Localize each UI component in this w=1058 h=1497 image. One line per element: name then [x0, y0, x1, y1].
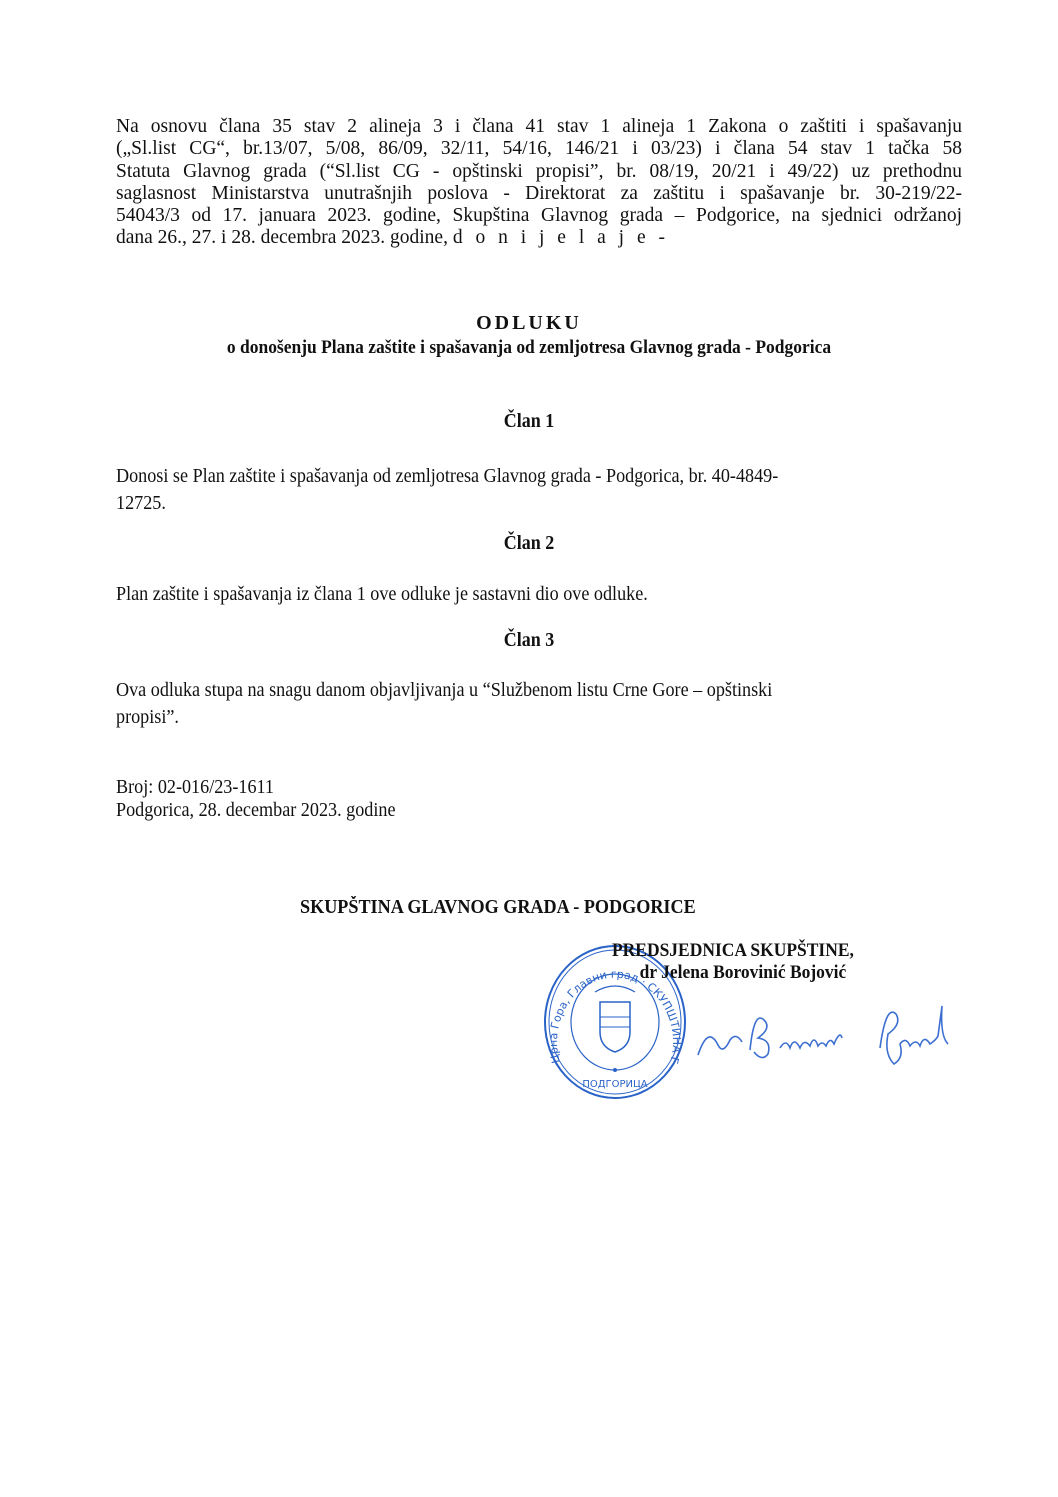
preamble-line: Na osnovu člana 35 stav 2 alineja 3 i čl…	[116, 116, 962, 138]
reference-block: Broj: 02-016/23-1611 Podgorica, 28. dece…	[116, 776, 396, 822]
document-subtitle: o donošenju Plana zaštite i spašavanja o…	[42, 337, 1015, 359]
preamble-text: dana 26., 27. i 28. decembra 2023. godin…	[116, 227, 448, 248]
article-3-heading: Član 3	[53, 629, 1005, 652]
article-3-line: propisi”.	[116, 704, 962, 731]
preamble-line: Statuta Glavnog grada (“Sl.list CG - opš…	[116, 161, 962, 183]
article-1-body: Donosi se Plan zaštite i spašavanja od z…	[116, 463, 962, 517]
preamble-line: („Sl.list CG“, br.13/07, 5/08, 86/09, 32…	[116, 138, 962, 160]
article-3-body: Ova odluka stupa na snagu danom objavlji…	[116, 677, 962, 731]
place-date: Podgorica, 28. decembar 2023. godine	[116, 799, 396, 822]
preamble-line: saglasnost Ministarstva unutrašnjih posl…	[116, 183, 962, 205]
signatory-title: PREDSJEDNICA SKUPŠTINE,	[612, 940, 854, 961]
preamble-line-last: dana 26., 27. i 28. decembra 2023. godin…	[116, 227, 962, 249]
preamble-line: 54043/3 od 17. januara 2023. godine, Sku…	[116, 205, 962, 227]
assembly-name: SKUPŠTINA GLAVNOG GRADA - PODGORICE	[300, 897, 696, 919]
article-1-line: Donosi se Plan zaštite i spašavanja od z…	[116, 463, 962, 490]
article-1-heading: Član 1	[53, 410, 1005, 433]
article-3-line: Ova odluka stupa na snagu danom objavlji…	[116, 677, 962, 704]
article-2-heading: Član 2	[53, 532, 1005, 555]
svg-text:ПОДГОРИЦА: ПОДГОРИЦА	[582, 1079, 647, 1090]
article-2-line: Plan zaštite i spašavanja iz člana 1 ove…	[116, 581, 903, 608]
signatory-name: dr Jelena Borovinić Bojović	[612, 962, 854, 984]
preamble-spaced-verb: d o n i j e l a j e -	[453, 227, 669, 248]
document-title: ODLUKU	[0, 312, 1058, 335]
article-1-line: 12725.	[116, 490, 962, 517]
document-page: Na osnovu člana 35 stav 2 alineja 3 i čl…	[0, 0, 1058, 1497]
handwritten-signature-icon	[690, 1000, 980, 1070]
article-2-body: Plan zaštite i spašavanja iz člana 1 ove…	[116, 581, 903, 608]
document-number: Broj: 02-016/23-1611	[116, 776, 396, 799]
signatory-block: PREDSJEDNICA SKUPŠTINE, dr Jelena Borovi…	[612, 940, 854, 984]
preamble: Na osnovu člana 35 stav 2 alineja 3 i čl…	[116, 116, 962, 250]
